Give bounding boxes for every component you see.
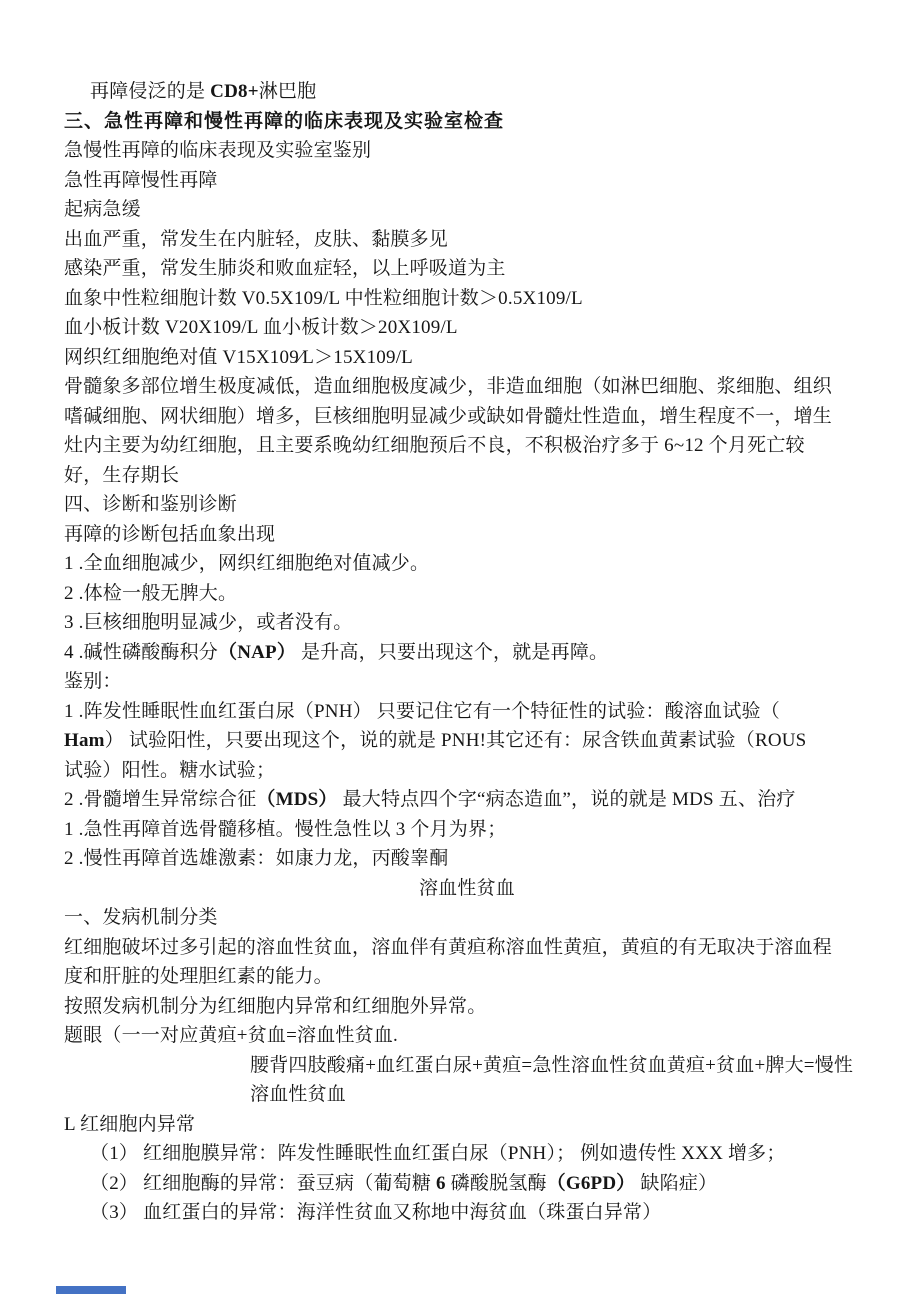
text-run: （MDS） bbox=[256, 789, 337, 810]
text-run: 起病急缓 bbox=[64, 199, 141, 220]
text-line: 4 .碱性磷酸酶积分（NAP） 是升高，只要出现这个，就是再障。 bbox=[64, 638, 870, 668]
text-line: L 红细胞内异常 bbox=[64, 1110, 870, 1140]
text-line: 腰背四肢酸痛+血红蛋白尿+黄疸=急性溶血性贫血黄疸+贫血+脾大=慢性 bbox=[64, 1051, 870, 1081]
text-run: 1 .急性再障首选骨髓移植。慢性急性以 3 个月为界； bbox=[64, 819, 506, 840]
text-line: 网织红细胞绝对值 V15X109∕L＞15X109/L bbox=[64, 343, 870, 373]
document-body: 再障侵泛的是 CD8+淋巴胞三、急性再障和慢性再障的临床表现及实验室检查急慢性再… bbox=[64, 77, 870, 1228]
text-run: （1） 红细胞膜异常：阵发性睡眠性血红蛋白尿（PNH）； 例如遗传性 XXX 增… bbox=[90, 1143, 786, 1164]
text-run: 急性再障慢性再障 bbox=[64, 170, 218, 191]
text-line: 骨髓象多部位增生极度减低，造血细胞极度减少，非造血细胞（如淋巴细胞、浆细胞、组织 bbox=[64, 372, 870, 402]
text-line: 感染严重，常发生肺炎和败血症轻，以上呼吸道为主 bbox=[64, 254, 870, 284]
text-line: 嗜碱细胞、网状细胞）增多，巨核细胞明显减少或缺如骨髓灶性造血，增生程度不一，增生 bbox=[64, 402, 870, 432]
text-run: 网织红细胞绝对值 V15X109∕L＞15X109/L bbox=[64, 347, 413, 368]
text-line: 三、急性再障和慢性再障的临床表现及实验室检查 bbox=[64, 107, 870, 137]
text-line: 溶血性贫血 bbox=[64, 874, 870, 904]
footer-blue-bar bbox=[56, 1286, 126, 1294]
text-run: 2 .体检一般无脾大。 bbox=[64, 583, 237, 604]
text-run: 最大特点四个字“病态造血”，说的就是 MDS 五、治疗 bbox=[338, 789, 796, 810]
text-run: 三、急性再障和慢性再障的临床表现及实验室检查 bbox=[64, 111, 504, 132]
text-run: （2） 红细胞酶的异常：蚕豆病（葡萄糖 bbox=[90, 1173, 436, 1194]
text-run: 嗜碱细胞、网状细胞）增多，巨核细胞明显减少或缺如骨髓灶性造血，增生程度不一，增生 bbox=[64, 406, 832, 427]
text-line: 起病急缓 bbox=[64, 195, 870, 225]
text-line: 血象中性粒细胞计数 V0.5X109/L 中性粒细胞计数＞0.5X109/L bbox=[64, 284, 870, 314]
text-run: （G6PD） bbox=[547, 1173, 636, 1194]
text-run: 灶内主要为幼红细胞，且主要系晚幼红细胞预后不良，不积极治疗多于 6~12 个月死… bbox=[64, 435, 805, 456]
text-run: 好，生存期长 bbox=[64, 465, 179, 486]
text-run: 按照发病机制分为红细胞内异常和红细胞外异常。 bbox=[64, 996, 486, 1017]
text-line: 一、发病机制分类 bbox=[64, 903, 870, 933]
text-run: （3） 血红蛋白的异常：海洋性贫血又称地中海贫血（珠蛋白异常） bbox=[90, 1202, 661, 1223]
text-line: 灶内主要为幼红细胞，且主要系晚幼红细胞预后不良，不积极治疗多于 6~12 个月死… bbox=[64, 431, 870, 461]
text-run: 淋巴胞 bbox=[259, 81, 317, 102]
text-run: 再障的诊断包括血象出现 bbox=[64, 524, 275, 545]
text-line: 度和肝脏的处理胆红素的能力。 bbox=[64, 962, 870, 992]
text-line: 再障侵泛的是 CD8+淋巴胞 bbox=[64, 77, 870, 107]
text-line: 鉴别： bbox=[64, 667, 870, 697]
text-run: 度和肝脏的处理胆红素的能力。 bbox=[64, 966, 333, 987]
text-line: 1 .阵发性睡眠性血红蛋白尿（PNH） 只要记住它有一个特征性的试验：酸溶血试验… bbox=[64, 697, 870, 727]
text-run: 1 .阵发性睡眠性血红蛋白尿（PNH） 只要记住它有一个特征性的试验：酸溶血试验… bbox=[64, 701, 780, 722]
text-run: 骨髓象多部位增生极度减低，造血细胞极度减少，非造血细胞（如淋巴细胞、浆细胞、组织 bbox=[64, 376, 832, 397]
text-run: 再障侵泛的是 bbox=[90, 81, 210, 102]
text-run: 一、发病机制分类 bbox=[64, 907, 218, 928]
text-run: 四、诊断和鉴别诊断 bbox=[64, 494, 237, 515]
text-run: 4 .碱性磷酸酶积分 bbox=[64, 642, 218, 663]
text-line: （3） 血红蛋白的异常：海洋性贫血又称地中海贫血（珠蛋白异常） bbox=[64, 1198, 870, 1228]
text-line: 溶血性贫血 bbox=[64, 1080, 870, 1110]
text-run: Ham bbox=[64, 730, 105, 751]
text-line: 急慢性再障的临床表现及实验室鉴别 bbox=[64, 136, 870, 166]
text-line: 1 .全血细胞减少，网织红细胞绝对值减少。 bbox=[64, 549, 870, 579]
text-run: 是升高，只要出现这个，就是再障。 bbox=[296, 642, 608, 663]
text-run: 磷酸脱氢酶 bbox=[446, 1173, 547, 1194]
text-run: 2 .骨髓增生异常综合征 bbox=[64, 789, 256, 810]
text-run: 出血严重，常发生在内脏轻，皮肤、黏膜多见 bbox=[64, 229, 448, 250]
text-run: 3 .巨核细胞明显减少，或者没有。 bbox=[64, 612, 352, 633]
text-run: L 红细胞内异常 bbox=[64, 1114, 195, 1135]
text-line: 红细胞破坏过多引起的溶血性贫血，溶血伴有黄疸称溶血性黄疸，黄疸的有无取决于溶血程 bbox=[64, 933, 870, 963]
text-line: 2 .慢性再障首选雄激素：如康力龙，丙酸睾酮 bbox=[64, 844, 870, 874]
text-line: 题眼（一一对应黄疸+贫血=溶血性贫血. bbox=[64, 1021, 870, 1051]
text-line: Ham） 试验阳性，只要出现这个，说的就是 PNH!其它还有：尿含铁血黄素试验（… bbox=[64, 726, 870, 756]
text-run: 血小板计数 V20X109/L 血小板计数＞20X109/L bbox=[64, 317, 458, 338]
text-run: ） 试验阳性，只要出现这个，说的就是 PNH!其它还有：尿含铁血黄素试验（ROU… bbox=[105, 730, 807, 751]
text-run: 题眼（一一对应黄疸+贫血=溶血性贫血. bbox=[64, 1025, 398, 1046]
text-line: 2 .骨髓增生异常综合征（MDS） 最大特点四个字“病态造血”，说的就是 MDS… bbox=[64, 785, 870, 815]
text-line: 再障的诊断包括血象出现 bbox=[64, 520, 870, 550]
text-run: （NAP） bbox=[218, 642, 296, 663]
text-line: 出血严重，常发生在内脏轻，皮肤、黏膜多见 bbox=[64, 225, 870, 255]
text-line: 急性再障慢性再障 bbox=[64, 166, 870, 196]
text-run: 6 bbox=[436, 1173, 446, 1194]
text-line: 按照发病机制分为红细胞内异常和红细胞外异常。 bbox=[64, 992, 870, 1022]
text-line: 四、诊断和鉴别诊断 bbox=[64, 490, 870, 520]
text-run: 2 .慢性再障首选雄激素：如康力龙，丙酸睾酮 bbox=[64, 848, 448, 869]
text-run: 血象中性粒细胞计数 V0.5X109/L 中性粒细胞计数＞0.5X109/L bbox=[64, 288, 583, 309]
text-run: 感染严重，常发生肺炎和败血症轻，以上呼吸道为主 bbox=[64, 258, 506, 279]
text-run: 缺陷症） bbox=[635, 1173, 717, 1194]
text-run: CD8+ bbox=[210, 81, 259, 102]
document-page: { "page": { "background": "#ffffff", "te… bbox=[0, 0, 920, 1301]
text-run: 试验）阳性。糖水试验； bbox=[64, 760, 275, 781]
text-line: （1） 红细胞膜异常：阵发性睡眠性血红蛋白尿（PNH）； 例如遗传性 XXX 增… bbox=[64, 1139, 870, 1169]
text-run: 1 .全血细胞减少，网织红细胞绝对值减少。 bbox=[64, 553, 429, 574]
text-line: 2 .体检一般无脾大。 bbox=[64, 579, 870, 609]
text-run: 红细胞破坏过多引起的溶血性贫血，溶血伴有黄疸称溶血性黄疸，黄疸的有无取决于溶血程 bbox=[64, 937, 832, 958]
text-line: 好，生存期长 bbox=[64, 461, 870, 491]
text-line: 试验）阳性。糖水试验； bbox=[64, 756, 870, 786]
text-run: 溶血性贫血 bbox=[419, 878, 515, 899]
text-line: （2） 红细胞酶的异常：蚕豆病（葡萄糖 6 磷酸脱氢酶（G6PD） 缺陷症） bbox=[64, 1169, 870, 1199]
text-run: 急慢性再障的临床表现及实验室鉴别 bbox=[64, 140, 371, 161]
text-run: 溶血性贫血 bbox=[250, 1084, 346, 1105]
text-line: 1 .急性再障首选骨髓移植。慢性急性以 3 个月为界； bbox=[64, 815, 870, 845]
text-run: 鉴别： bbox=[64, 671, 122, 692]
text-line: 血小板计数 V20X109/L 血小板计数＞20X109/L bbox=[64, 313, 870, 343]
text-run: 腰背四肢酸痛+血红蛋白尿+黄疸=急性溶血性贫血黄疸+贫血+脾大=慢性 bbox=[250, 1055, 853, 1076]
text-line: 3 .巨核细胞明显减少，或者没有。 bbox=[64, 608, 870, 638]
